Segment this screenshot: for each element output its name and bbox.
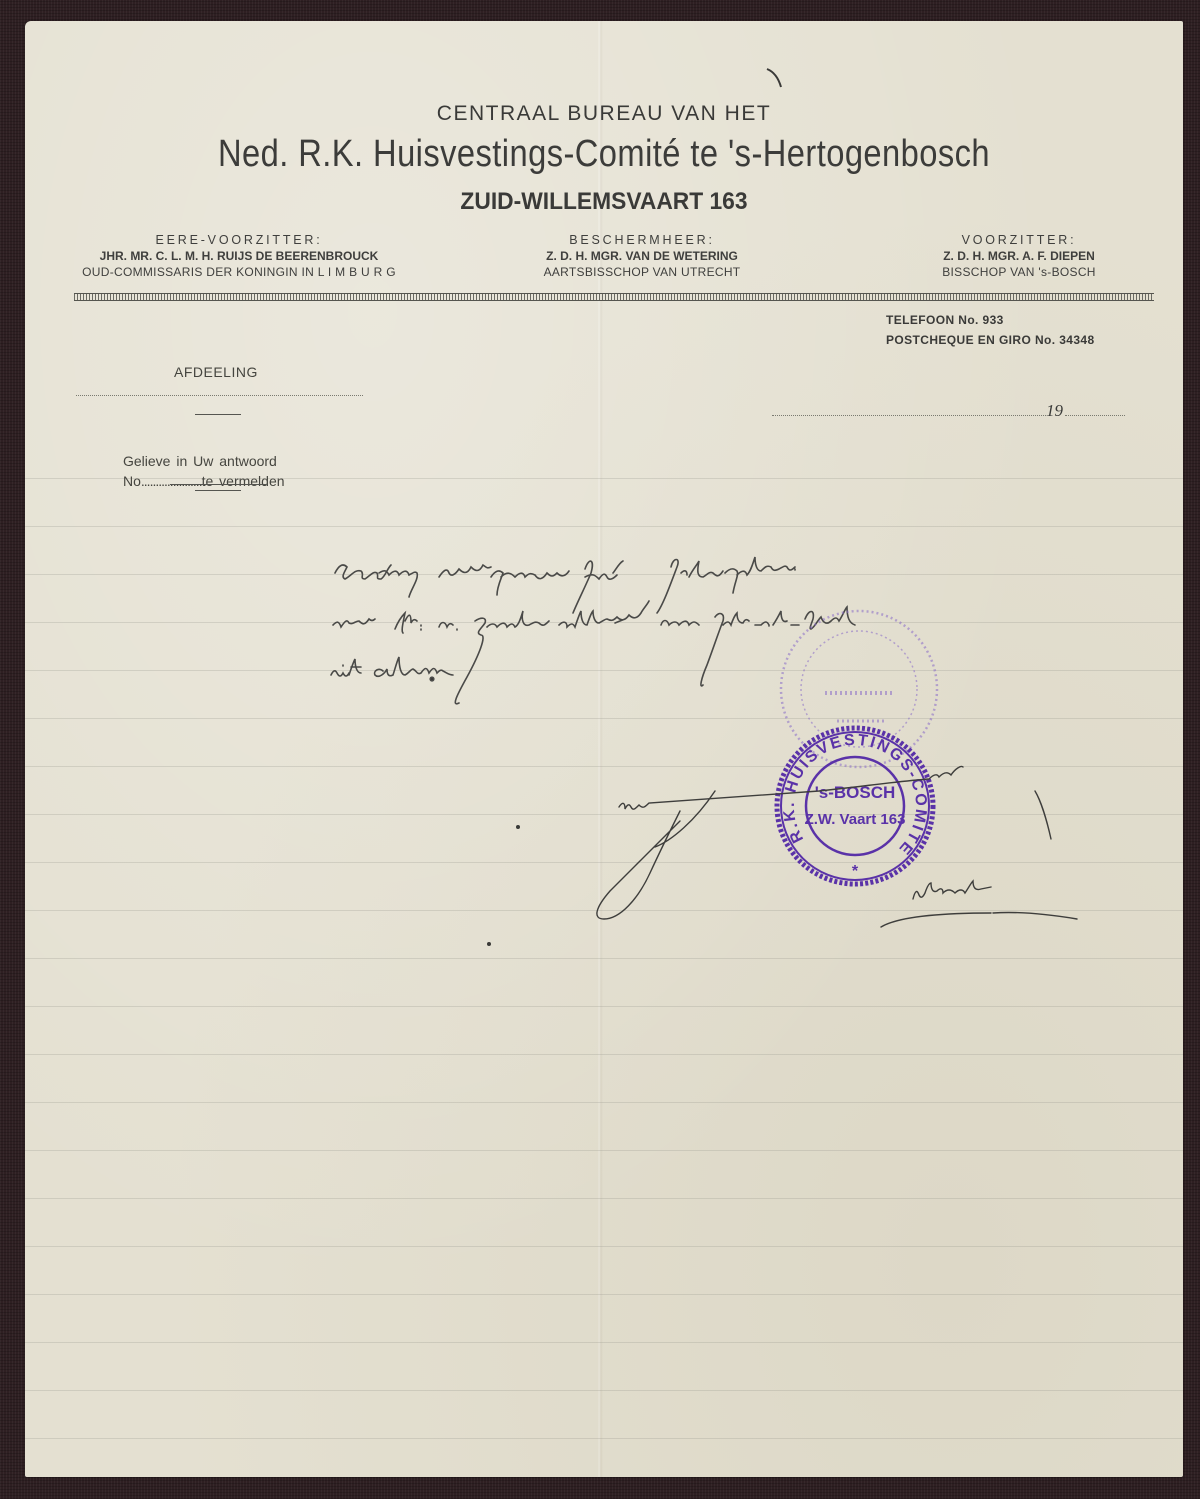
handwritten-line-2: voor Wed. v. Zanden echtgenoote van Joh.… [25,21,26,22]
officer-description: AARTSBISSCHOP VAN UTRECHT [452,264,832,280]
date-field-line [772,415,1046,416]
year-prefix: 19 [1046,401,1063,421]
year-field-line [1065,415,1125,416]
double-divider-top [170,484,266,485]
reference-line-1: Gelieve in Uw antwoord [123,451,285,471]
double-divider-bottom [195,490,241,491]
signature-note: i.h. aant. [25,21,26,22]
officer-role: VOORZITTER: [859,232,1179,248]
officer-name: Z. D. H. MGR. A. F. DIEPEN [859,248,1179,264]
organization-address: ZUID-WILLEMSVAART 163 [54,188,1154,216]
handwritten-line-1: Toestemming voor opname Groot Zieken gas… [25,21,26,22]
officer-description: BISSCHOP VAN 's-BOSCH [859,264,1179,280]
handwritten-line-3: uit Alem. [25,21,26,22]
letter-paper: CENTRAAL BUREAU VAN HET Ned. R.K. Huisve… [25,21,1183,1477]
officer-chair: VOORZITTER: Z. D. H. MGR. A. F. DIEPEN B… [859,232,1179,280]
reference-instruction: Gelieve in Uw antwoord No...............… [123,451,285,491]
officer-name: Z. D. H. MGR. VAN DE WETERING [452,248,832,264]
reference-line-2: No.....................te vermelden [123,471,285,491]
short-divider [195,414,241,415]
department-field-line [76,395,363,396]
officer-role: EERE-VOORZITTER: [49,232,429,248]
contact-block: TELEFOON No. 933 POSTCHEQUE EN GIRO No. … [886,310,1095,350]
organization-name: Ned. R.K. Huisvestings-Comité te 's-Hert… [106,133,1102,176]
giro-number: POSTCHEQUE EN GIRO No. 34348 [886,330,1095,350]
officer-honorary-chair: EERE-VOORZITTER: JHR. MR. C. L. M. H. RU… [49,232,429,280]
officer-description: OUD-COMMISSARIS DER KONINGIN IN L I M B … [49,264,429,280]
officer-patron: BESCHERMHEER: Z. D. H. MGR. VAN DE WETER… [452,232,832,280]
letterhead-divider [74,293,1154,301]
officer-role: BESCHERMHEER: [452,232,832,248]
telephone-number: TELEFOON No. 933 [886,310,1095,330]
officer-name: JHR. MR. C. L. M. H. RUIJS DE BEERENBROU… [49,248,429,264]
letterhead-top-line: CENTRAAL BUREAU VAN HET [25,102,1183,126]
ruled-lines [25,431,1183,1467]
department-label: AFDEELING [174,364,258,380]
